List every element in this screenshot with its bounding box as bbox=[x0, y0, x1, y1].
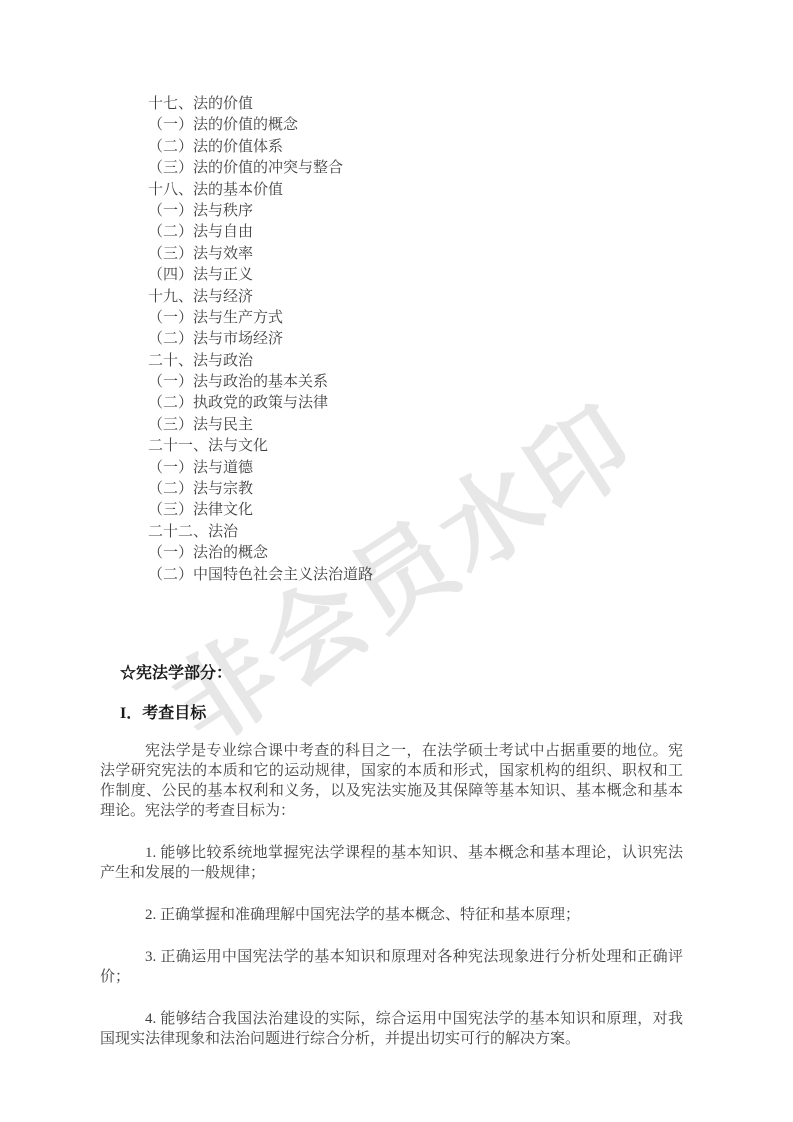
outline-item: （二）法与市场经济 bbox=[148, 329, 693, 350]
outline-item: （一）法与道德 bbox=[148, 458, 693, 479]
outline-item: （三）法的价值的冲突与整合 bbox=[148, 158, 693, 179]
outline-item: （三）法与民主 bbox=[148, 415, 693, 436]
outline-item: 十九、法与经济 bbox=[148, 287, 693, 308]
outline-item: 十七、法的价值 bbox=[148, 94, 693, 115]
outline-item: （一）法与秩序 bbox=[148, 201, 693, 222]
outline-item: 二十一、法与文化 bbox=[148, 436, 693, 457]
paragraph-objective-2: 2. 正确掌握和准确理解中国宪法学的基本概念、特征和基本原理； bbox=[100, 905, 683, 925]
paragraph-intro: 宪法学是专业综合课中考查的科目之一，在法学硕士考试中占据重要的地位。宪法学研究宪… bbox=[100, 741, 683, 821]
outline-item: （一）法的价值的概念 bbox=[148, 115, 693, 136]
paragraph-objective-3: 3. 正确运用中国宪法学的基本知识和原理对各种宪法现象进行分析处理和正确评价； bbox=[100, 947, 683, 987]
outline-item: （二）法的价值体系 bbox=[148, 137, 693, 158]
outline-item: （二）法与自由 bbox=[148, 222, 693, 243]
outline-item: （一）法治的概念 bbox=[148, 543, 693, 564]
outline-item: 二十、法与政治 bbox=[148, 351, 693, 372]
document-page: 非会员水印 十七、法的价值 （一）法的价值的概念 （二）法的价值体系 （三）法的… bbox=[0, 0, 793, 1122]
outline-item: 二十二、法治 bbox=[148, 522, 693, 543]
paragraph-objective-4: 4. 能够结合我国法治建设的实际，综合运用中国宪法学的基本知识和原理，对我国现实… bbox=[100, 1009, 683, 1049]
outline-item: （三）法律文化 bbox=[148, 500, 693, 521]
outline-item: 十八、法的基本价值 bbox=[148, 180, 693, 201]
outline-item: （三）法与效率 bbox=[148, 244, 693, 265]
outline-item: （二）中国特色社会主义法治道路 bbox=[148, 565, 693, 586]
outline-item: （二）执政党的政策与法律 bbox=[148, 393, 693, 414]
outline-list: 十七、法的价值 （一）法的价值的概念 （二）法的价值体系 （三）法的价值的冲突与… bbox=[148, 94, 693, 586]
outline-item: （二）法与宗教 bbox=[148, 479, 693, 500]
outline-item: （一）法与政治的基本关系 bbox=[148, 372, 693, 393]
outline-item: （四）法与正义 bbox=[148, 265, 693, 286]
outline-item: （一）法与生产方式 bbox=[148, 308, 693, 329]
document-content: 十七、法的价值 （一）法的价值的概念 （二）法的价值体系 （三）法的价值的冲突与… bbox=[0, 0, 793, 1049]
section-title: ☆宪法学部分： bbox=[120, 663, 693, 684]
section-heading: I．考查目标 bbox=[120, 703, 693, 724]
paragraph-objective-1: 1. 能够比较系统地掌握宪法学课程的基本知识、基本概念和基本理论，认识宪法产生和… bbox=[100, 843, 683, 883]
